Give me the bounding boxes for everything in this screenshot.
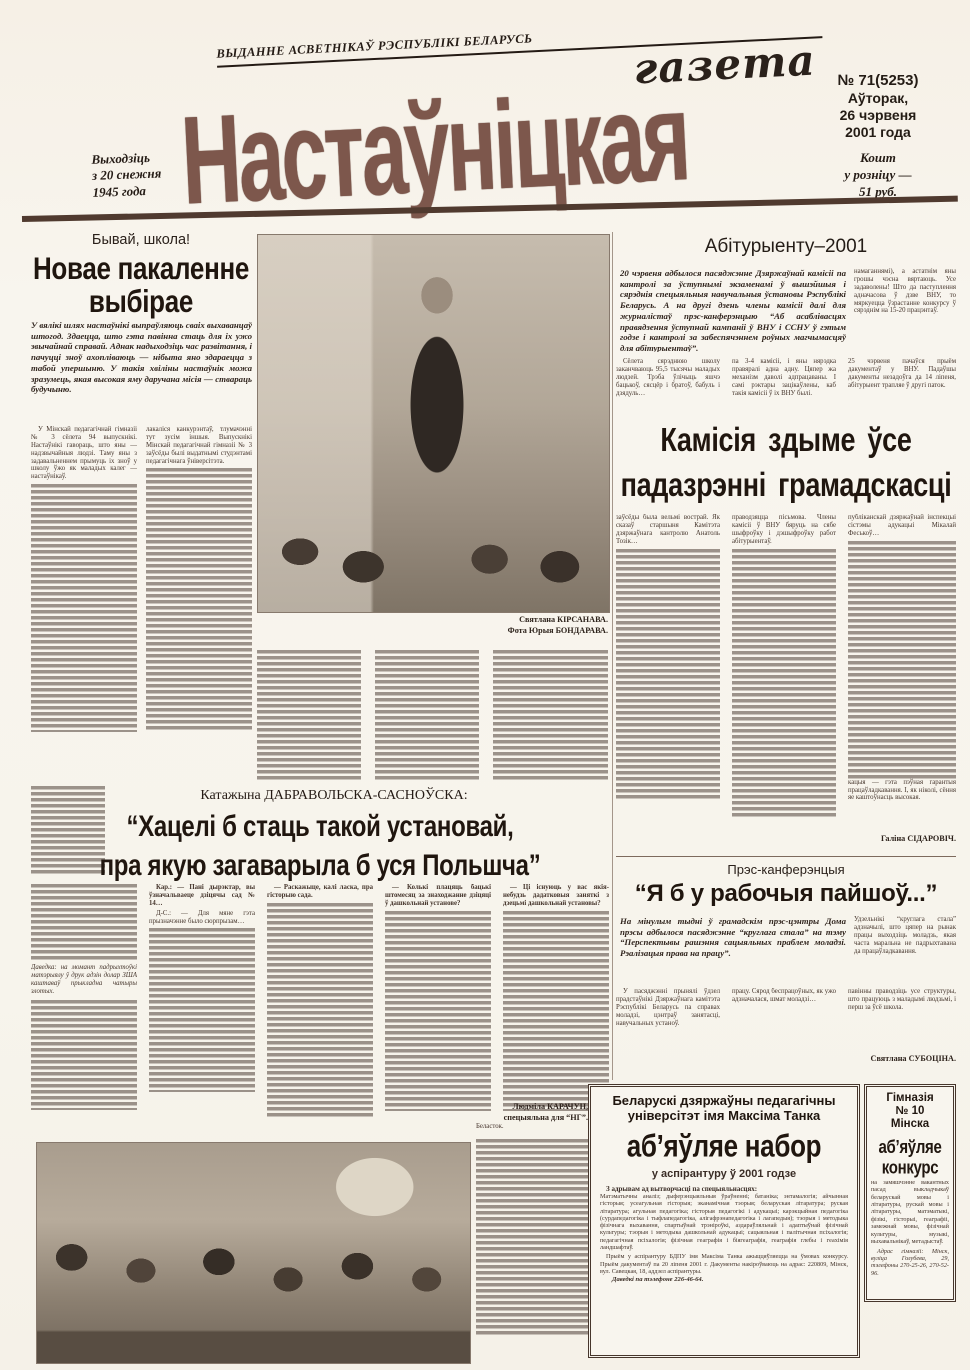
unreadable-text-block <box>616 549 720 801</box>
unreadable-text-block <box>493 650 608 780</box>
interview-end-column: Людміла КАРАЧУН, спецыяльна для “НГ”. Бе… <box>476 1102 588 1360</box>
gymnasium-ad: Гімназія № 10 Мінска аб’яўляе конкурс на… <box>864 1084 956 1302</box>
commission-col2-text: праводзяцца пісьмова. Члены камісіі ў ВН… <box>732 514 836 546</box>
interview-author: Людміла КАРАЧУН, <box>476 1102 588 1113</box>
article1-headline-line1: Новае пакаленне <box>26 252 256 285</box>
commission-col2: праводзяцца пісьмова. Члены камісіі ў ВН… <box>732 514 836 830</box>
article1-lead: У вялікі шлях настаўнікі выпраўляюць сва… <box>31 320 252 420</box>
abiturient-col3-bottom: 25 чэрвеня пачаўся прыём дакументаў у ВН… <box>848 358 956 410</box>
abiturient-col3-top: намаганнямі), а астатнім яны грошы чэсна… <box>854 268 956 352</box>
unreadable-text-block <box>385 911 491 1111</box>
interview-question-history: — Раскажыце, калі ласка, пра гісторыю са… <box>267 884 373 900</box>
interview-dateline: Беласток. <box>476 1123 588 1133</box>
gymnasium-ad-address: Адрас гімназіі: Мінск, вуліца Голубева, … <box>871 1248 949 1278</box>
price-line2: у розніцу — <box>822 167 934 184</box>
masthead: ВЫДАННЕ АСВЕТНІКАЎ РЭСПУБЛІКІ БЕЛАРУСЬ г… <box>170 11 878 225</box>
issue-number: № 71(5253) <box>818 72 938 90</box>
unreadable-text-block <box>31 884 137 960</box>
article1-col1-text: У Мінскай педагагічнай гімназіі № 3 сёле… <box>31 426 137 481</box>
interview-headline-line2: пра якую загаварыла б уся Польшча” <box>85 847 555 886</box>
abiturient-headline: Абітурыенту–2001 <box>616 236 956 258</box>
gymnasium-ad-body: на замяшчэнне вакантных пасад выкладчыка… <box>871 1179 949 1246</box>
section-rule <box>616 856 956 857</box>
unreadable-text-block <box>375 650 479 780</box>
gymnasium-ad-name-line3: Мінска <box>871 1118 949 1131</box>
issue-date: 26 чэрвеня <box>818 107 938 124</box>
issue-year: 2001 года <box>818 124 938 141</box>
graduation-classroom-photo <box>257 234 610 613</box>
gymnasium-ad-big-line1: аб’яўляе <box>871 1137 949 1158</box>
abiturient-col3-text: намаганнямі), а астатнім яны грошы чэсна… <box>854 268 956 315</box>
university-ad-application-info: Прыём у аспірантуру БДПУ імя Максіма Тан… <box>600 1253 848 1275</box>
press-col1: У пасяджэнні прынялі ўдзел прадстаўнікі … <box>616 988 720 1050</box>
interview-speaker-name: Катажына ДАБРАВОЛЬСКА-САСНОЎСКА: <box>108 788 560 804</box>
issue-block: № 71(5253) Аўторак, 26 чэрвеня 2001 года <box>818 72 938 142</box>
commission-col1: заўсёды была вельмі вострай. Як сказаў с… <box>616 514 720 830</box>
children-group-photo <box>36 1142 471 1364</box>
interview-column3: — Раскажыце, калі ласка, пра гісторыю са… <box>267 884 373 1132</box>
unreadable-text-block <box>267 903 373 1119</box>
commission-headline-line2: падазрэнні грамадскасці <box>612 463 960 508</box>
press-col2-text: працу. Сярод беспрацоўных, як ужо адзнач… <box>732 988 836 1004</box>
unreadable-text-block <box>257 650 361 780</box>
interview-answer-ds: Д-С.: — Для мяне гэта прызначэнне было с… <box>149 910 255 926</box>
university-ad-subtitle: у аспірантуру ў 2001 годзе <box>600 1168 848 1180</box>
press-col3-bottom: павінны праводзіць усе структуры, што пр… <box>848 988 956 1050</box>
article1-column1: У Мінскай педагагічнай гімназіі № 3 сёле… <box>31 426 137 778</box>
commission-ending-text: кацыя — гэта пэўная гарантыя працаўладка… <box>848 779 956 803</box>
abiturient-lead: 20 чэрвеня адбылося пасяджэнне Дзяржаўна… <box>620 268 846 352</box>
gymnasium-ad-name-line2: № 10 <box>871 1105 949 1118</box>
commission-col1-text: заўсёды была вельмі вострай. Як сказаў с… <box>616 514 720 546</box>
column-divider-rule <box>612 232 613 1080</box>
abiturient-col1-text: Сёлета сярэднюю школу заканчваюць 95,5 т… <box>616 358 720 397</box>
article1-photo-credit: Фота Юрыя БОНДАРАВА. <box>420 626 608 637</box>
article1-author: Святлана КІРСАНАВА. <box>420 615 608 626</box>
interview-column1: Даведка: на момант падрыхтоўкі матэрыялу… <box>31 884 137 1132</box>
interview-headline: “Хацелі б стаць такой установай, пра яку… <box>85 808 555 872</box>
unreadable-text-block <box>732 549 836 817</box>
press-kicker: Прэс-канферэнцыя <box>616 862 956 877</box>
newspaper-front-page: ВЫДАННЕ АСВЕТНІКАЎ РЭСПУБЛІКІ БЕЛАРУСЬ г… <box>0 0 970 1370</box>
price-line1: Кошт <box>822 150 934 167</box>
press-col3-top: Удзельнікі “круглага стала” адзначылі, ш… <box>854 916 956 982</box>
unreadable-text-block <box>848 541 956 779</box>
press-col2: працу. Сярод беспрацоўных, як ужо адзнач… <box>732 988 836 1050</box>
interview-column4: — Колькі плацяць бацькі штомесяц за знах… <box>385 884 491 1132</box>
article1-column2: лакаліся канкурэнтаў, тлумачэнні тут зус… <box>146 426 252 778</box>
abiturient-col3b-text: 25 чэрвеня пачаўся прыём дакументаў у ВН… <box>848 358 956 390</box>
unreadable-text-block <box>149 928 255 1092</box>
press-col3-text: Удзельнікі “круглага стала” адзначылі, ш… <box>854 916 956 955</box>
press-col3b-text: павінны праводзіць усе структуры, што пр… <box>848 988 956 1012</box>
gymnasium-ad-big-line2: конкурс <box>871 1157 949 1178</box>
article1-headline: Новае пакаленне выбірае <box>26 252 256 306</box>
interview-author-note: спецыяльна для “НГ”. <box>476 1113 588 1124</box>
university-ad-specialties: Матэматычны аналіз; дыферэнцыяльныя ўраў… <box>600 1193 848 1252</box>
abiturient-col2: па 3-4 камісіі, і яны нярэдка правяралі … <box>732 358 836 410</box>
university-ad-big-text: аб’яўляе набор <box>600 1127 848 1165</box>
price-block: Кошт у розніцу — 51 руб. <box>822 150 934 201</box>
university-ad: Беларускі дзяржаўны педагагічны універсі… <box>588 1084 860 1358</box>
unreadable-text-block <box>476 1139 588 1335</box>
university-ad-phone: Даведкі па тэлефоне 226-46-64. <box>600 1276 848 1283</box>
commission-headline-line1: Камісія здыме ўсе <box>612 418 960 463</box>
commission-col3-text: публіканскай дзяржаўнай інспекцыі сістэм… <box>848 514 956 538</box>
press-headline: “Я б у рабочыя пайшоў...” <box>616 880 956 908</box>
commission-byline: Галіна СІДАРОВІЧ. <box>770 834 956 845</box>
commission-col3: публіканскай дзяржаўнай інспекцыі сістэм… <box>848 514 956 830</box>
unreadable-text-block <box>503 911 609 1111</box>
university-ad-spec-header: З адрывам ад вытворчасці па спецыяльнасц… <box>600 1185 848 1193</box>
gymnasium-ad-name-line1: Гімназія <box>871 1092 949 1105</box>
interview-question-extra: — Ці існуюць у вас якія-небудзь дадатков… <box>503 884 609 908</box>
issue-weekday: Аўторак, <box>818 90 938 107</box>
article1-col2-text: лакаліся канкурэнтаў, тлумачэнні тут зус… <box>146 426 252 465</box>
abiturient-col2-text: па 3-4 камісіі, і яны нярэдка правяралі … <box>732 358 836 397</box>
unreadable-text-block <box>31 484 137 732</box>
university-ad-title-line1: Беларускі дзяржаўны педагагічны <box>600 1094 848 1109</box>
article1-headline-line2: выбірае <box>26 285 256 318</box>
unreadable-text-block <box>31 1000 137 1110</box>
abiturient-col1: Сёлета сярэднюю школу заканчваюць 95,5 т… <box>616 358 720 410</box>
interview-question-kar: Кар.: — Пані дырэктар, вы ўзначальваеце … <box>149 884 255 908</box>
founded-note: Выходзіць з 20 снежня 1945 года <box>91 148 203 201</box>
unreadable-text-block <box>146 468 252 730</box>
article1-kicker: Бывай, школа! <box>30 232 252 248</box>
interview-question-fees: — Колькі плацяць бацькі штомесяц за знах… <box>385 884 491 908</box>
interview-headline-line1: “Хацелі б стаць такой установай, <box>85 808 555 847</box>
article1-byline: Святлана КІРСАНАВА. Фота Юрыя БОНДАРАВА. <box>420 615 608 636</box>
university-ad-title-line2: універсітэт імя Максіма Танка <box>600 1109 848 1124</box>
interview-column2: Кар.: — Пані дырэктар, вы ўзначальваеце … <box>149 884 255 1132</box>
commission-headline: Камісія здыме ўсе падазрэнні грамадскасц… <box>612 418 960 492</box>
press-lead: На мінулым тыдні ў грамадскім прэс-цэнтр… <box>620 916 846 982</box>
press-byline: Святлана СУБОЦІНА. <box>770 1054 956 1065</box>
interview-currency-note: Даведка: на момант падрыхтоўкі матэрыялу… <box>31 964 137 996</box>
press-col1-text: У пасяджэнні прынялі ўдзел прадстаўнікі … <box>616 988 720 1027</box>
